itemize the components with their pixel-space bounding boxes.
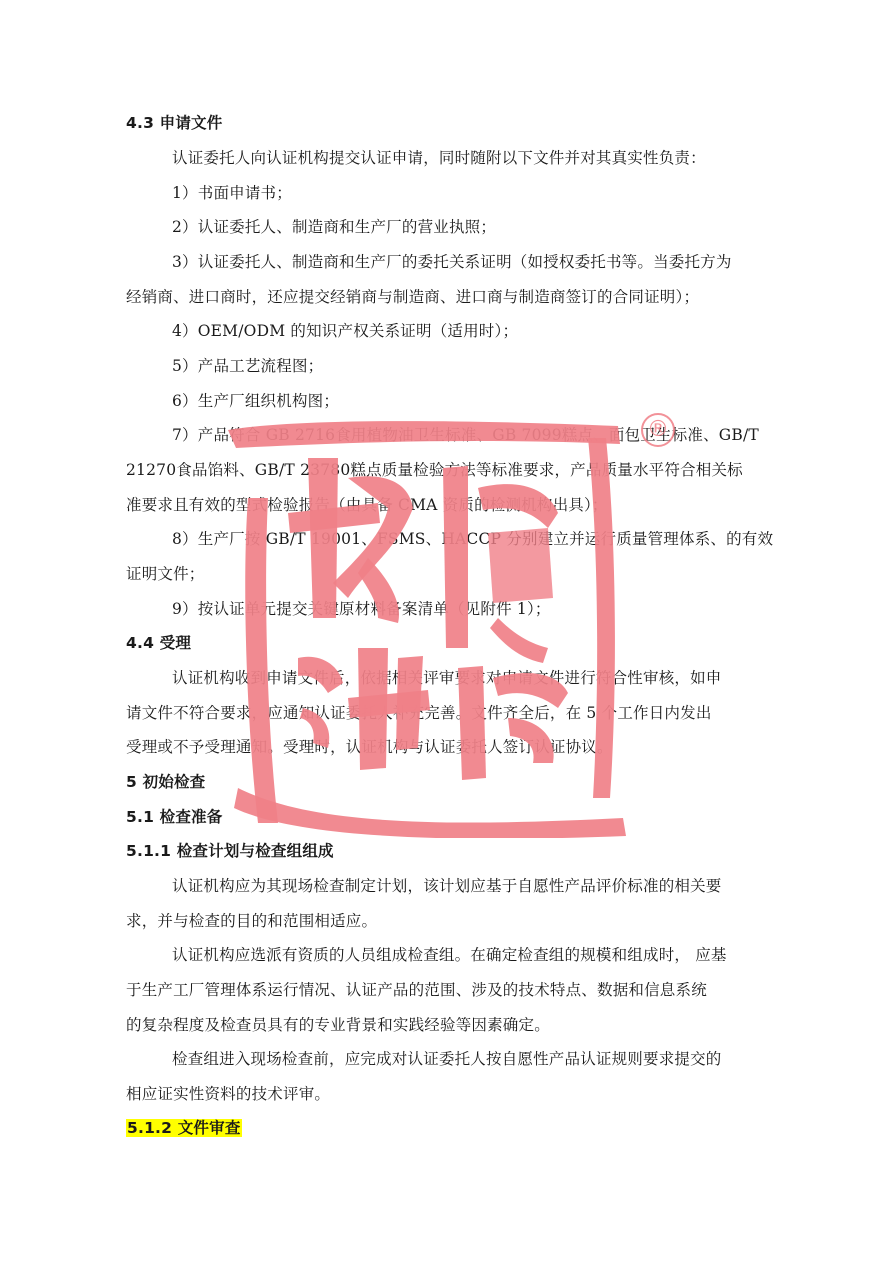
line-text: 5 初始检查 xyxy=(126,773,205,791)
line-text: 证明文件； xyxy=(126,565,205,583)
line-text: 4.3 申请文件 xyxy=(126,114,222,132)
paragraph-line: 受理或不予受理通知。受理时，认证机构与认证委托人签订认证协议。 xyxy=(126,737,613,757)
paragraph-line: 5）产品工艺流程图； xyxy=(172,356,323,376)
line-text: 认证机构收到申请文件后，依据相关评审要求对申请文件进行符合性审核，如申 xyxy=(172,669,722,687)
highlighted-heading-text: 5.1.2 文件审查 xyxy=(126,1119,242,1137)
paragraph-line: 8）生产厂按 GB/T 19001、FSMS、HACCP 分别建立并运行质量管理… xyxy=(172,529,773,549)
line-text: 4.4 受理 xyxy=(126,634,191,652)
line-text: 准要求且有效的型式检验报告（由具备 CMA 资质的检测机构出具）； xyxy=(126,496,608,514)
paragraph-line: 认证委托人向认证机构提交认证申请，同时随附以下文件并对其真实性负责： xyxy=(172,148,706,168)
paragraph-line: 认证机构应选派有资质的人员组成检查组。在确定检查组的规模和组成时， 应基 xyxy=(172,945,727,965)
paragraph-line: 21270食品馅料、GB/T 23780糕点质量检验方法等标准要求，产品质量水平… xyxy=(126,460,743,480)
line-text: 2）认证委托人、制造商和生产厂的营业执照； xyxy=(172,218,496,236)
line-text: 受理或不予受理通知。受理时，认证机构与认证委托人签订认证协议。 xyxy=(126,738,613,756)
paragraph-line: 认证机构收到申请文件后，依据相关评审要求对申请文件进行符合性审核，如申 xyxy=(172,668,722,688)
paragraph-line: 的复杂程度及检查员具有的专业背景和实践经验等因素确定。 xyxy=(126,1015,550,1035)
paragraph-line: 经销商、进口商时，还应提交经销商与制造商、进口商与制造商签订的合同证明）； xyxy=(126,287,699,307)
section-heading: 5 初始检查 xyxy=(126,772,205,792)
paragraph-line: 1）书面申请书； xyxy=(172,183,292,203)
section-heading: 5.1 检查准备 xyxy=(126,807,222,827)
line-text: 6）生产厂组织机构图； xyxy=(172,392,339,410)
line-text: 5.1.1 检查计划与检查组组成 xyxy=(126,842,334,860)
line-text: 求，并与检查的目的和范围相适应。 xyxy=(126,912,377,930)
line-text: 5.1 检查准备 xyxy=(126,808,222,826)
section-heading: 4.3 申请文件 xyxy=(126,113,222,133)
line-text: 8）生产厂按 GB/T 19001、FSMS、HACCP 分别建立并运行质量管理… xyxy=(172,530,773,548)
paragraph-line: 于生产工厂管理体系运行情况、认证产品的范围、涉及的技术特点、数据和信息系统 xyxy=(126,980,707,1000)
line-text: 认证机构应为其现场检查制定计划，该计划应基于自愿性产品评价标准的相关要 xyxy=(172,877,722,895)
paragraph-line: 证明文件； xyxy=(126,564,205,584)
line-text: 9）按认证单元提交关键原材料备案清单（见附件 1）； xyxy=(172,600,551,618)
paragraph-line: 相应证实性资料的技术评审。 xyxy=(126,1084,330,1104)
paragraph-line: 6）生产厂组织机构图； xyxy=(172,391,339,411)
section-heading: 4.4 受理 xyxy=(126,633,191,653)
paragraph-line: 9）按认证单元提交关键原材料备案清单（见附件 1）； xyxy=(172,599,551,619)
document-page: 4.3 申请文件认证委托人向认证机构提交认证申请，同时随附以下文件并对其真实性负… xyxy=(0,0,893,1263)
line-text: 认证委托人向认证机构提交认证申请，同时随附以下文件并对其真实性负责： xyxy=(172,149,706,167)
registered-mark: ® xyxy=(641,413,675,447)
line-text: 于生产工厂管理体系运行情况、认证产品的范围、涉及的技术特点、数据和信息系统 xyxy=(126,981,707,999)
line-text: 21270食品馅料、GB/T 23780糕点质量检验方法等标准要求，产品质量水平… xyxy=(126,461,743,479)
paragraph-line: 请文件不符合要求，应通知认证委托人补充完善。文件齐全后，在 5 个工作日内发出 xyxy=(126,703,712,723)
line-text: 请文件不符合要求，应通知认证委托人补充完善。文件齐全后，在 5 个工作日内发出 xyxy=(126,704,712,722)
section-heading: 5.1.1 检查计划与检查组组成 xyxy=(126,841,334,861)
section-heading: 5.1.2 文件审查 xyxy=(126,1118,242,1138)
line-text: 检查组进入现场检查前，应完成对认证委托人按自愿性产品认证规则要求提交的 xyxy=(172,1050,722,1068)
paragraph-line: 求，并与检查的目的和范围相适应。 xyxy=(126,911,377,931)
line-text: 相应证实性资料的技术评审。 xyxy=(126,1085,330,1103)
paragraph-line: 准要求且有效的型式检验报告（由具备 CMA 资质的检测机构出具）； xyxy=(126,495,608,515)
line-text: 1）书面申请书； xyxy=(172,184,292,202)
line-text: 的复杂程度及检查员具有的专业背景和实践经验等因素确定。 xyxy=(126,1016,550,1034)
paragraph-line: 3）认证委托人、制造商和生产厂的委托关系证明（如授权委托书等。当委托方为 xyxy=(172,252,732,272)
line-text: 3）认证委托人、制造商和生产厂的委托关系证明（如授权委托书等。当委托方为 xyxy=(172,253,732,271)
paragraph-line: 检查组进入现场检查前，应完成对认证委托人按自愿性产品认证规则要求提交的 xyxy=(172,1049,722,1069)
line-text: 4）OEM/ODM 的知识产权关系证明（适用时）； xyxy=(172,322,518,340)
line-text: 认证机构应选派有资质的人员组成检查组。在确定检查组的规模和组成时， 应基 xyxy=(172,946,727,964)
paragraph-line: 2）认证委托人、制造商和生产厂的营业执照； xyxy=(172,217,496,237)
paragraph-line: 4）OEM/ODM 的知识产权关系证明（适用时）； xyxy=(172,321,518,341)
line-text: 5）产品工艺流程图； xyxy=(172,357,323,375)
paragraph-line: 认证机构应为其现场检查制定计划，该计划应基于自愿性产品评价标准的相关要 xyxy=(172,876,722,896)
line-text: 经销商、进口商时，还应提交经销商与制造商、进口商与制造商签订的合同证明）； xyxy=(126,288,699,306)
